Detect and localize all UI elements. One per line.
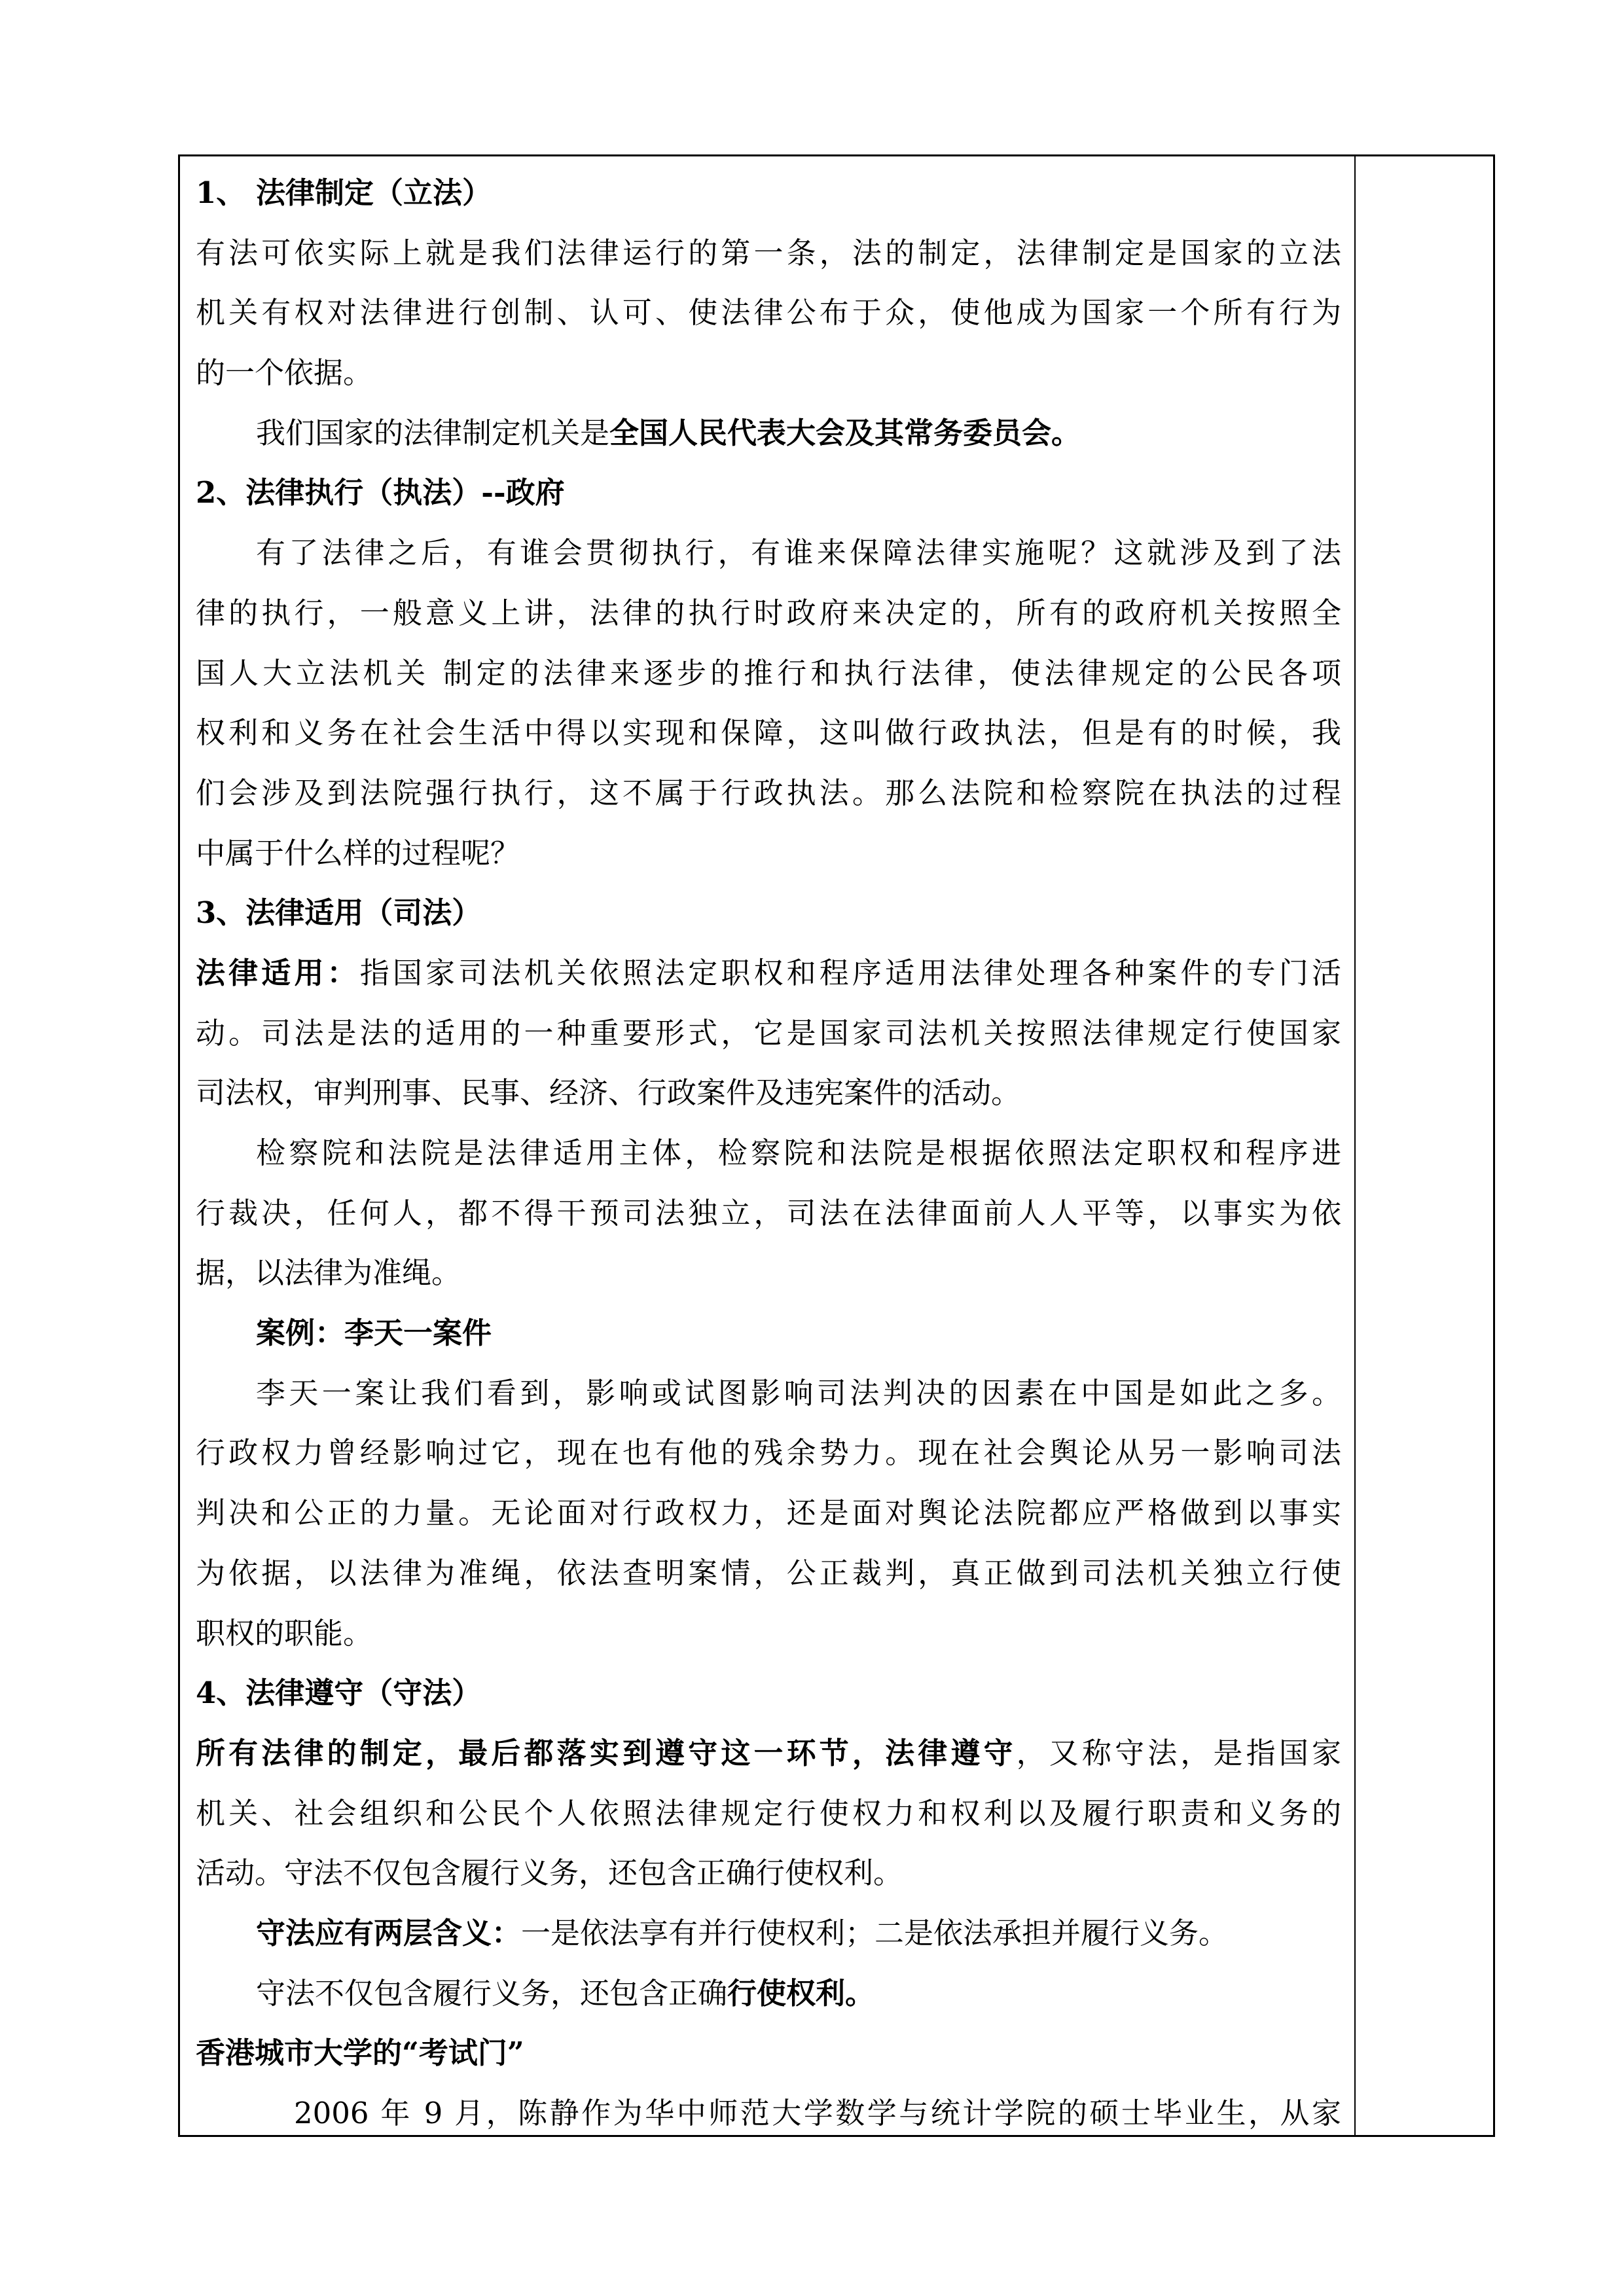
case-title: 案例：李天一案件 (196, 1303, 1341, 1363)
content-cell: 1、 法律制定（立法） 有法可依实际上就是我们法律运行的第一条，法的制定，法律制… (180, 156, 1354, 2135)
definition-text: 指国家司法机关依照法定职权和程序适用法律处理各种案件的专门活 (360, 956, 1341, 990)
meaning-text: 一是依法享有并行使权利；二是依法承担并履行义务。 (521, 1916, 1228, 1950)
paragraph-line: 行裁决，任何人，都不得干预司法独立，司法在法律面前人人平等，以事实为依 (196, 1183, 1341, 1244)
notes-cell (1356, 156, 1493, 2135)
paragraph-line: 权利和义务在社会生活中得以实现和保障，这叫做行政执法，但是有的时候，我 (196, 703, 1341, 763)
paragraph-line: 中属于什么样的过程呢？ (196, 823, 1341, 884)
paragraph-line: 2006 年 9 月，陈静作为华中师范大学数学与统计学院的硕士毕业生，从家 (196, 2083, 1341, 2144)
paragraph-line: 李天一案让我们看到，影响或试图影响司法判决的因素在中国是如此之多。 (196, 1363, 1341, 1424)
paragraph-line: 检察院和法院是法律适用主体，检察院和法院是根据依照法定职权和程序进 (196, 1123, 1341, 1183)
note-emphasis: 全国人民代表大会及其常务委员会。 (609, 416, 1081, 450)
paragraph-line: 有法可依实际上就是我们法律运行的第一条，法的制定，法律制定是国家的立法 (196, 223, 1341, 283)
meaning-label: 守法应有两层含义： (256, 1916, 521, 1950)
paragraph-line: 据，以法律为准绳。 (196, 1243, 1341, 1303)
emphasis-text: 所有法律的制定，最后都落实到遵守这一环节， (196, 1736, 885, 1770)
plain-text: ，又称守法，是指国家 (1017, 1736, 1341, 1770)
paragraph-line: 行政权力曾经影响过它，现在也有他的残余势力。现在社会舆论从另一影响司法 (196, 1423, 1341, 1483)
definition-line: 法律适用：指国家司法机关依照法定职权和程序适用法律处理各种案件的专门活 (196, 943, 1341, 1003)
paragraph-line: 职权的职能。 (196, 1604, 1341, 1664)
compliance-intro-line: 所有法律的制定，最后都落实到遵守这一环节，法律遵守，又称守法，是指国家 (196, 1723, 1341, 1784)
reminder-text: 守法不仅包含履行义务，还包含正确 (256, 1976, 727, 2011)
document-table: 1、 法律制定（立法） 有法可依实际上就是我们法律运行的第一条，法的制定，法律制… (178, 154, 1495, 2137)
paragraph-line: 们会涉及到法院强行执行，这不属于行政执法。那么法院和检察院在执法的过程 (196, 763, 1341, 823)
paragraph-line: 机关有权对法律进行创制、认可、使法律公布于众，使他成为国家一个所有行为 (196, 283, 1341, 343)
note-text: 我们国家的法律制定机关是 (256, 416, 609, 450)
reminder-emphasis: 行使权利。 (727, 1976, 875, 2011)
paragraph-line: 机关、社会组织和公民个人依照法律规定行使权力和权利以及履行职责和义务的 (196, 1784, 1341, 1844)
paragraph-line: 判决和公正的力量。无论面对行政权力，还是面对舆论法院都应严格做到以事实 (196, 1483, 1341, 1543)
term-emphasis: 法律遵守 (885, 1736, 1017, 1770)
case-heading-cityu-exam: 香港城市大学的“考试门” (196, 2023, 1341, 2083)
paragraph-line: 律的执行，一般意义上讲，法律的执行时政府来决定的，所有的政府机关按照全 (196, 583, 1341, 643)
document-body: 1、 法律制定（立法） 有法可依实际上就是我们法律运行的第一条，法的制定，法律制… (196, 163, 1341, 2144)
section-heading-enforcement: 2、法律执行（执法）--政府 (196, 463, 1341, 523)
paragraph-line: 的一个依据。 (196, 343, 1341, 403)
legislature-note: 我们国家的法律制定机关是全国人民代表大会及其常务委员会。 (196, 403, 1341, 463)
paragraph-line: 司法权，审判刑事、民事、经济、行政案件及违宪案件的活动。 (196, 1063, 1341, 1123)
paragraph-line: 有了法律之后，有谁会贯彻执行，有谁来保障法律实施呢？这就涉及到了法 (196, 523, 1341, 583)
definition-term: 法律适用： (196, 956, 360, 990)
section-heading-compliance: 4、法律遵守（守法） (196, 1663, 1341, 1723)
paragraph-line: 活动。守法不仅包含履行义务，还包含正确行使权利。 (196, 1843, 1341, 1903)
paragraph-line: 为依据，以法律为准绳，依法查明案情，公正裁判，真正做到司法机关独立行使 (196, 1543, 1341, 1604)
section-heading-legislation: 1、 法律制定（立法） (196, 163, 1341, 223)
paragraph-line: 动。司法是法的适用的一种重要形式，它是国家司法机关按照法律规定行使国家 (196, 1003, 1341, 1064)
paragraph-line: 国人大立法机关 制定的法律来逐步的推行和执行法律，使法律规定的公民各项 (196, 643, 1341, 704)
compliance-meaning-line: 守法应有两层含义：一是依法享有并行使权利；二是依法承担并履行义务。 (196, 1903, 1341, 1964)
compliance-reminder-line: 守法不仅包含履行义务，还包含正确行使权利。 (196, 1964, 1341, 2024)
section-heading-judiciary: 3、法律适用（司法） (196, 883, 1341, 943)
